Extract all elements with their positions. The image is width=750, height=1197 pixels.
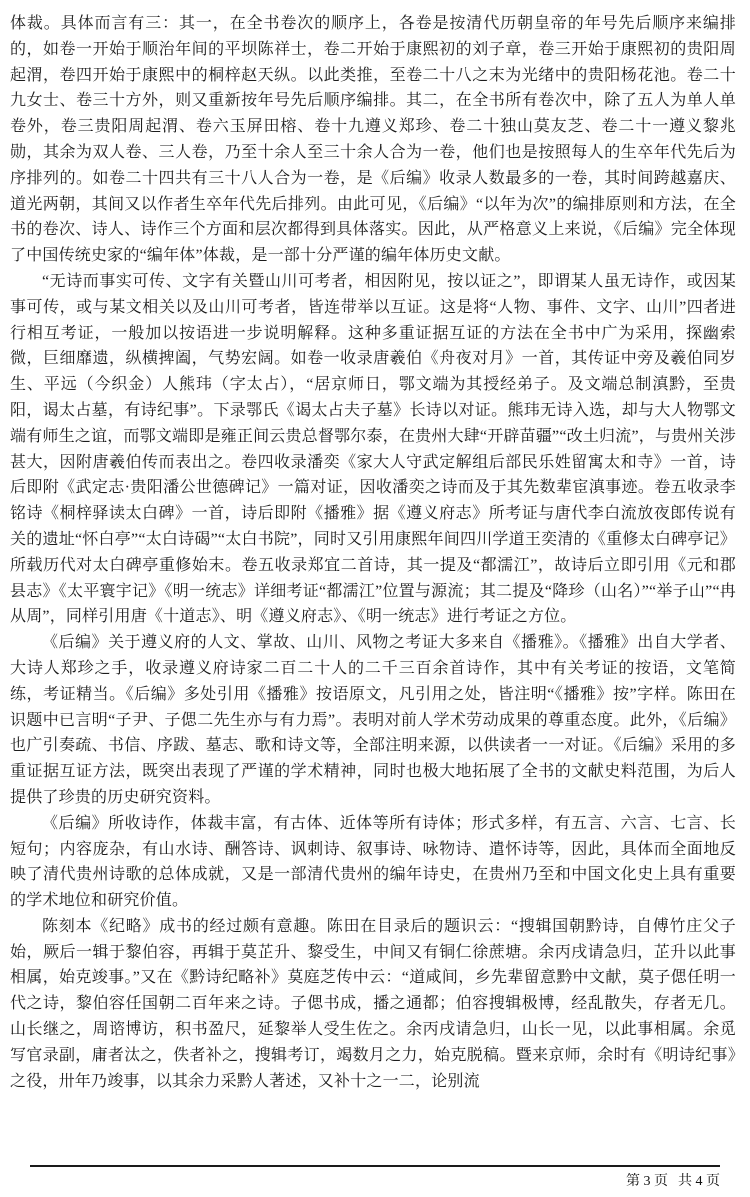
footer-divider	[30, 1165, 720, 1167]
page-number: 第 3 页共 4 页	[626, 1170, 720, 1190]
paragraph-4: 《后编》所收诗作，体裁丰富，有古体、近体等所有诗体；形式多样，有五言、六言、七言…	[10, 811, 736, 914]
page-number-total: 共 4 页	[678, 1174, 720, 1189]
page-number-current: 第 3 页	[626, 1174, 668, 1189]
paragraph-2: “无诗而事实可传、文字有关暨山川可考者，相因附见，按以证之”，即谓某人虽无诗作，…	[10, 269, 736, 630]
document-page: 体裁。具体而言有三：其一，在全书卷次的顺序上，各卷是按清代历朝皇帝的年号先后顺序…	[0, 0, 750, 1197]
paragraph-5: 陈刻本《纪略》成书的经过颇有意趣。陈田在目录后的题识云：“搜辑国朝黔诗，自傅竹庄…	[10, 914, 736, 1095]
paragraph-1: 体裁。具体而言有三：其一，在全书卷次的顺序上，各卷是按清代历朝皇帝的年号先后顺序…	[10, 11, 736, 269]
document-body: 体裁。具体而言有三：其一，在全书卷次的顺序上，各卷是按清代历朝皇帝的年号先后顺序…	[10, 11, 736, 1094]
page-footer: 第 3 页共 4 页	[0, 1165, 750, 1197]
paragraph-3: 《后编》关于遵义府的人文、掌故、山川、风物之考证大多来自《播雅》。《播雅》出自大…	[10, 630, 736, 811]
